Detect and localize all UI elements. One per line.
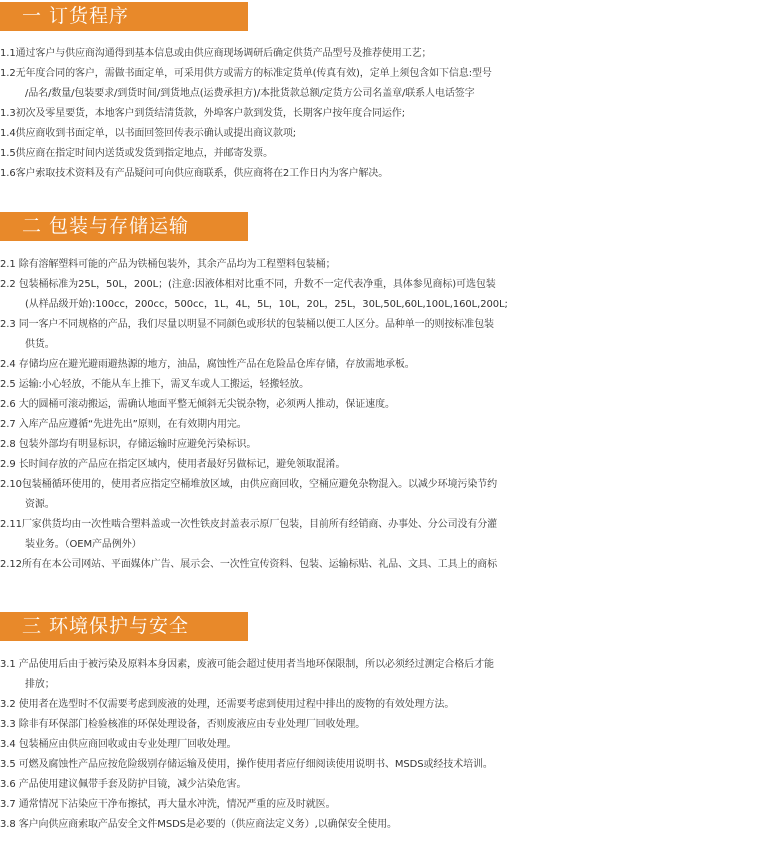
section-packaging-list: 2.1 除有溶解塑料可能的产品为铁桶包装外，其余产品均为工程塑料包装桶；2.2 … [0, 255, 770, 575]
list-item: 3.5 可燃及腐蚀性产品应按危险级别存储运输及使用，操作使用者应仔细阅读使用说明… [0, 755, 770, 775]
item-number: 2.2 [0, 279, 19, 290]
item-number: 1.6 [0, 168, 16, 179]
item-text: 入库产品应遵循“先进先出”原则，在有效期内用完。 [19, 419, 247, 430]
item-text: 包装桶应由供应商回收或由专业处理厂回收处理。 [19, 739, 237, 750]
list-item: 3.6 产品使用建议佩带手套及防护目镜，减少沾染危害。 [0, 775, 770, 795]
item-text: 长时间存放的产品应在指定区域内，使用者最好另做标记，避免领取混淆。 [19, 459, 346, 470]
section-environment-list: 3.1 产品使用后由于被污染及原料本身因素，废液可能会超过使用者当地环保限制，所… [0, 655, 770, 835]
list-item: 2.11厂家供货均由一次性啮合塑料盖或一次性铁皮封盖表示原厂包装，目前所有经销商… [0, 515, 770, 555]
list-item: 2.12所有在本公司网站、平面媒体广告、展示会、一次性宣传资料、包装、运输标贴、… [0, 555, 770, 575]
item-text: 存储均应在避光避雨避热源的地方，油品，腐蚀性产品在危险品仓库存储，存放需地承板。 [19, 359, 415, 370]
item-text: 包装桶标准为25L，50L，200L；(注意:因液体相对比重不同，升数不一定代表… [19, 279, 496, 290]
item-number: 2.8 [0, 439, 19, 450]
item-number: 2.3 [0, 319, 19, 330]
list-item: 3.1 产品使用后由于被污染及原料本身因素，废液可能会超过使用者当地环保限制，所… [0, 655, 770, 695]
item-text-continuation: 供货。 [0, 335, 770, 355]
item-number: 2.12 [0, 559, 22, 570]
item-number: 2.7 [0, 419, 19, 430]
list-item: 1.6客户索取技术资料及有产品疑问可向供应商联系，供应商将在2工作日内为客户解决… [0, 164, 770, 184]
list-item: 3.3 除非有环保部门检验核准的环保处理设备，否则废液应由专业处理厂回收处理。 [0, 715, 770, 735]
item-number: 3.4 [0, 739, 19, 750]
item-number: 3.8 [0, 819, 19, 830]
list-item: 3.7 通常情况下沾染应干净布擦拭，再大量水冲洗，情况严重的应及时就医。 [0, 795, 770, 815]
item-text-continuation: 资源。 [0, 495, 770, 515]
item-text: 所有在本公司网站、平面媒体广告、展示会、一次性宣传资料、包装、运输标贴、礼品、文… [22, 559, 497, 570]
item-number: 1.3 [0, 108, 16, 119]
list-item: 1.1通过客户与供应商沟通得到基本信息或由供应商现场调研后确定供货产品型号及推荐… [0, 44, 770, 64]
item-number: 3.1 [0, 659, 19, 670]
section-ordering-list: 1.1通过客户与供应商沟通得到基本信息或由供应商现场调研后确定供货产品型号及推荐… [0, 44, 770, 184]
item-text: 通过客户与供应商沟通得到基本信息或由供应商现场调研后确定供货产品型号及推荐使用工… [16, 48, 432, 59]
list-item: 1.5供应商在指定时间内送货或发货到指定地点，并邮寄发票。 [0, 144, 770, 164]
item-text: 使用者在选型时不仅需要考虑到废液的处理，还需要考虑到使用过程中排出的废物的有效处… [19, 699, 455, 710]
item-number: 2.4 [0, 359, 19, 370]
item-number: 1.2 [0, 68, 16, 79]
item-number: 2.5 [0, 379, 19, 390]
item-text: 除有溶解塑料可能的产品为铁桶包装外，其余产品均为工程塑料包装桶； [19, 259, 336, 270]
item-text: 运输:小心轻放，不能从车上推下，需叉车或人工搬运，轻搬轻放。 [19, 379, 309, 390]
item-text: 大的圆桶可滚动搬运，需确认地面平整无倾斜无尖锐杂物，必须两人推动，保证速度。 [19, 399, 395, 410]
item-text-continuation: /品名/数量/包装要求/到货时间/到货地点(运费承担方)/本批货款总额/定货方公… [0, 84, 770, 104]
item-number: 3.6 [0, 779, 19, 790]
list-item: 2.3 同一客户不同规格的产品，我们尽量以明显不同颜色或形状的包装桶以便工人区分… [0, 315, 770, 355]
item-text: 包装外部均有明显标识，存储运输时应避免污染标识。 [19, 439, 257, 450]
list-item: 2.1 除有溶解塑料可能的产品为铁桶包装外，其余产品均为工程塑料包装桶； [0, 255, 770, 275]
item-text: 可燃及腐蚀性产品应按危险级别存储运输及使用，操作使用者应仔细阅读使用说明书、MS… [19, 759, 493, 770]
item-text: 供应商收到书面定单，以书面回签回传表示确认或提出商议款项; [16, 128, 296, 139]
item-text: 客户索取技术资料及有产品疑问可向供应商联系，供应商将在2工作日内为客户解决。 [16, 168, 389, 179]
item-number: 3.2 [0, 699, 19, 710]
item-number: 3.5 [0, 759, 19, 770]
item-number: 1.5 [0, 148, 16, 159]
section-header-packaging-storage: 二 包装与存储运输 [0, 212, 248, 241]
item-text: 同一客户不同规格的产品，我们尽量以明显不同颜色或形状的包装桶以便工人区分。品种单… [19, 319, 494, 330]
item-text-continuation: 排放； [0, 675, 770, 695]
section-header-environment-safety: 三 环境保护与安全 [0, 612, 248, 641]
section-header-ordering: 一 订货程序 [0, 2, 248, 31]
list-item: 2.6 大的圆桶可滚动搬运，需确认地面平整无倾斜无尖锐杂物，必须两人推动，保证速… [0, 395, 770, 415]
list-item: 2.7 入库产品应遵循“先进先出”原则，在有效期内用完。 [0, 415, 770, 435]
item-text: 包装桶循环使用的，使用者应指定空桶堆放区域，由供应商回收，空桶应避免杂物混入。以… [22, 479, 497, 490]
item-number: 2.9 [0, 459, 19, 470]
item-number: 1.1 [0, 48, 16, 59]
list-item: 2.9 长时间存放的产品应在指定区域内，使用者最好另做标记，避免领取混淆。 [0, 455, 770, 475]
item-number: 3.7 [0, 799, 19, 810]
item-text: 产品使用后由于被污染及原料本身因素，废液可能会超过使用者当地环保限制，所以必须经… [19, 659, 494, 670]
list-item: 2.4 存储均应在避光避雨避热源的地方，油品，腐蚀性产品在危险品仓库存储，存放需… [0, 355, 770, 375]
item-number: 1.4 [0, 128, 16, 139]
list-item: 1.4供应商收到书面定单，以书面回签回传表示确认或提出商议款项; [0, 124, 770, 144]
item-number: 2.11 [0, 519, 22, 530]
item-text: 通常情况下沾染应干净布擦拭，再大量水冲洗，情况严重的应及时就医。 [19, 799, 336, 810]
item-text-continuation: (从样品级开始):100cc，200cc，500cc，1L，4L，5L，10L，… [0, 295, 770, 315]
item-text: 无年度合同的客户，需做书面定单，可采用供方或需方的标准定货单(传真有效)，定单上… [16, 68, 492, 79]
item-number: 2.1 [0, 259, 19, 270]
list-item: 2.2 包装桶标准为25L，50L，200L；(注意:因液体相对比重不同，升数不… [0, 275, 770, 315]
item-text: 除非有环保部门检验核准的环保处理设备，否则废液应由专业处理厂回收处理。 [19, 719, 366, 730]
list-item: 3.4 包装桶应由供应商回收或由专业处理厂回收处理。 [0, 735, 770, 755]
item-text: 初次及零星要货，本地客户到货结清货款，外埠客户款到发货，长期客户按年度合同运作; [16, 108, 405, 119]
list-item: 3.8 客户向供应商索取产品安全文件MSDS是必要的（供应商法定义务）,以确保安… [0, 815, 770, 835]
item-text: 厂家供货均由一次性啮合塑料盖或一次性铁皮封盖表示原厂包装，目前所有经销商、办事处… [22, 519, 497, 530]
item-text-continuation: 装业务。（OEM产品例外） [0, 535, 770, 555]
list-item: 2.10包装桶循环使用的，使用者应指定空桶堆放区域，由供应商回收，空桶应避免杂物… [0, 475, 770, 515]
item-number: 2.10 [0, 479, 22, 490]
item-text: 客户向供应商索取产品安全文件MSDS是必要的（供应商法定义务）,以确保安全使用。 [19, 819, 397, 830]
list-item: 1.3初次及零星要货，本地客户到货结清货款，外埠客户款到发货，长期客户按年度合同… [0, 104, 770, 124]
item-number: 2.6 [0, 399, 19, 410]
list-item: 2.5 运输:小心轻放，不能从车上推下，需叉车或人工搬运，轻搬轻放。 [0, 375, 770, 395]
list-item: 1.2无年度合同的客户，需做书面定单，可采用供方或需方的标准定货单(传真有效)，… [0, 64, 770, 104]
list-item: 2.8 包装外部均有明显标识，存储运输时应避免污染标识。 [0, 435, 770, 455]
list-item: 3.2 使用者在选型时不仅需要考虑到废液的处理，还需要考虑到使用过程中排出的废物… [0, 695, 770, 715]
item-number: 3.3 [0, 719, 19, 730]
item-text: 供应商在指定时间内送货或发货到指定地点，并邮寄发票。 [16, 148, 273, 159]
item-text: 产品使用建议佩带手套及防护目镜，减少沾染危害。 [19, 779, 247, 790]
